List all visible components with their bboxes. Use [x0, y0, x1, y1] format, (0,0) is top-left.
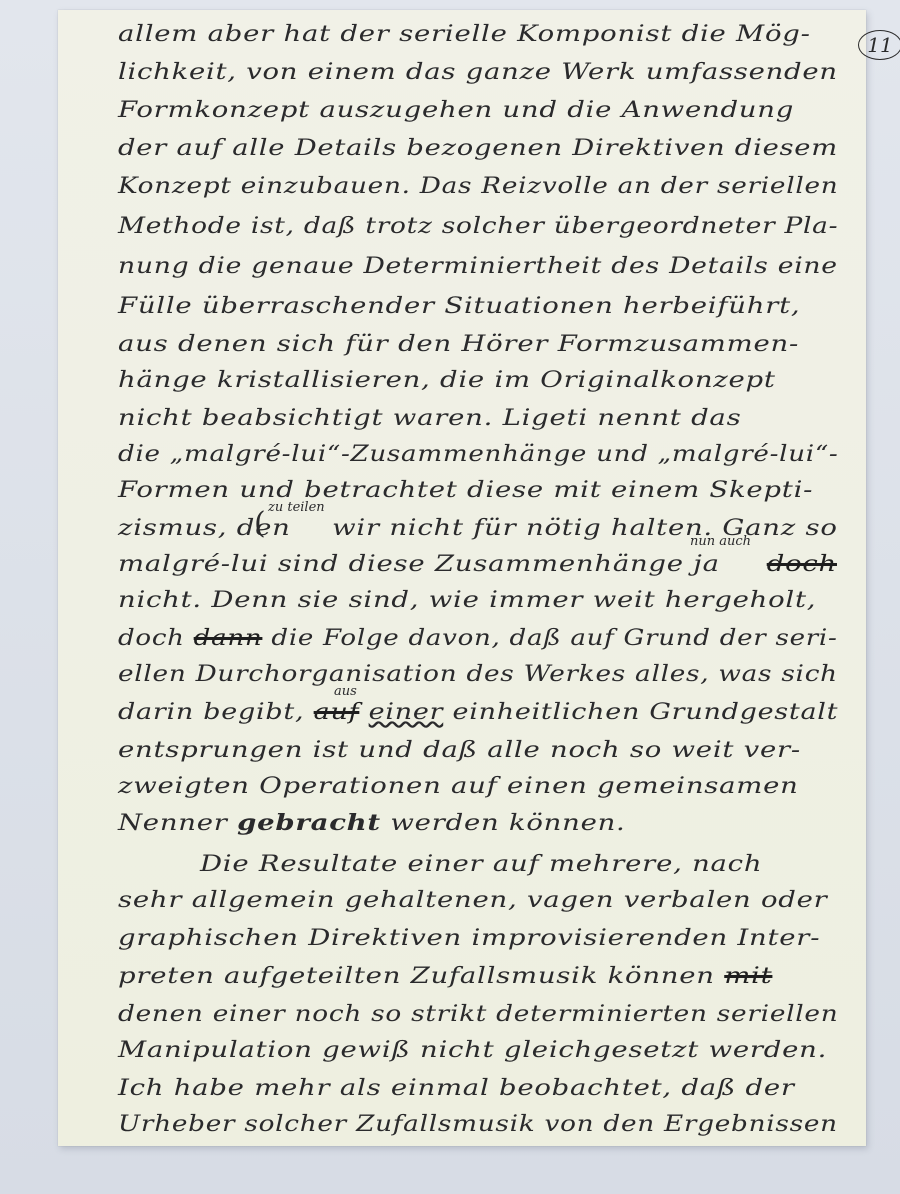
text-segment: einheitlichen Grundgestalt [453, 700, 839, 725]
text-line-with-correction: darin begibt, auf einer einheitlichen Gr… [118, 700, 838, 740]
text-line: Urheber solcher Zufallsmusik von den Erg… [118, 1112, 838, 1152]
text-line-with-correction: preten aufgeteilten Zufallsmusik können … [118, 964, 772, 1004]
struck-word: mit [724, 964, 772, 989]
insertion-bracket: ( [254, 506, 266, 541]
text-line: nicht. Denn sie sind, wie immer weit her… [118, 588, 816, 628]
text-line: Formkonzept auszugehen und die Anwendung [118, 98, 794, 138]
inserted-text: aus [334, 684, 357, 699]
text-line: aus denen sich für den Hörer Formzusamme… [118, 332, 799, 372]
text-line: Formen und betrachtet diese mit einem Sk… [118, 478, 813, 518]
text-segment: malgré-lui sind diese Zusammenhänge ja [118, 552, 720, 577]
text-line: Ich habe mehr als einmal beobachtet, daß… [118, 1076, 795, 1116]
text-line: zweigten Operationen auf einen gemeinsam… [118, 774, 799, 814]
text-line: allem aber hat der serielle Komponist di… [118, 22, 811, 62]
inserted-text: zu teilen [268, 500, 325, 515]
text-segment: wir nicht für nötig halten. Ganz so [332, 516, 838, 541]
text-line: Methode ist, daß trotz solcher übergeord… [118, 214, 838, 254]
text-line-with-correction: doch dann die Folge davon, daß auf Grund… [118, 626, 838, 666]
text-line: graphischen Direktiven improvisierenden … [118, 926, 820, 966]
text-line: sehr allgemein gehaltenen, vagen verbale… [118, 888, 828, 928]
emphasized-word: gebracht [237, 810, 381, 836]
inserted-text: nun auch [690, 534, 751, 549]
text-line: Manipulation gewiß nicht gleichgesetzt w… [118, 1038, 827, 1078]
text-line: ellen Durchorganisation des Werkes alles… [118, 662, 838, 702]
text-line: hänge kristallisieren, die im Originalko… [118, 368, 776, 408]
struck-word: auf [314, 700, 360, 725]
text-line: entsprungen ist und daß alle noch so wei… [118, 738, 801, 778]
text-line: Konzept einzubauen. Das Reizvolle an der… [118, 174, 838, 214]
text-segment: darin begibt, [118, 700, 304, 725]
underlined-word: einer [369, 700, 444, 725]
text-segment: doch [118, 626, 185, 651]
text-line: Nenner gebracht werden können. [118, 810, 626, 850]
text-line: denen einer noch so strikt determinierte… [118, 1002, 838, 1042]
text-segment: die Folge davon, daß auf Grund der seri- [271, 626, 837, 651]
struck-word: dann [194, 626, 263, 651]
text-segment: preten aufgeteilten Zufallsmusik können [118, 964, 715, 989]
text-line: nung die genaue Determiniertheit des Det… [118, 254, 838, 294]
paragraph-start-line: Die Resultate einer auf mehrere, nach [200, 852, 762, 892]
text-line: die „malgré-lui“-Zusammenhänge und „malg… [118, 442, 838, 482]
struck-word: doch [767, 552, 837, 577]
text-line: nicht beabsichtigt waren. Ligeti nennt d… [118, 406, 741, 446]
text-line: der auf alle Details bezogenen Direktive… [118, 136, 838, 176]
page-number-circle: 11 [858, 30, 900, 60]
text-line-with-correction: malgré-lui sind diese Zusammenhänge ja d… [118, 552, 837, 592]
text-segment: werden können. [390, 811, 625, 836]
text-line: lichkeit, von einem das ganze Werk umfas… [118, 60, 838, 100]
text-line: Fülle überraschender Situationen herbeif… [118, 294, 800, 334]
text-segment: Nenner [118, 811, 228, 836]
